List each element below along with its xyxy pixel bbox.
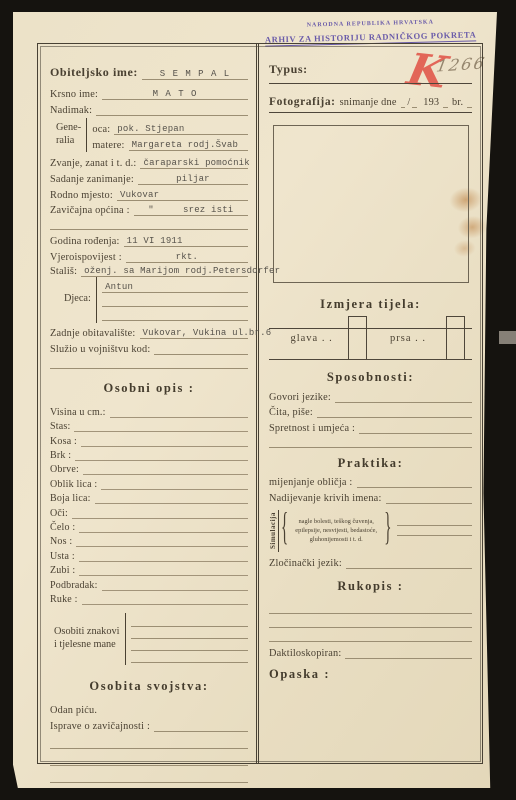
pd-line <box>95 503 248 504</box>
field-father: oca: pok. Stjepan <box>92 120 248 136</box>
special-marks-row <box>131 639 248 651</box>
pd-line <box>102 590 248 591</box>
pd-row-build: Stas: <box>50 418 248 432</box>
simulation-close-brace: } <box>382 508 393 552</box>
languages-line <box>335 402 472 403</box>
pd-row-hair: Kosa : <box>50 432 248 446</box>
skills-label: Spretnost i umjeća : <box>269 423 359 434</box>
given-name-value: M A T O <box>153 89 198 99</box>
sim-line <box>397 535 472 536</box>
field-false-names: Nadijevanje krivih imena: <box>269 488 472 504</box>
field-appearance-change: mijenjanje obličja : <box>269 473 472 489</box>
photo-frame <box>273 125 469 283</box>
mother-value: Margareta rodj.Švab <box>132 140 238 150</box>
field-reads-writes: Čita, piše: <box>269 403 472 419</box>
spacer-line <box>50 766 248 783</box>
simulation-vertical-label: Simulacija <box>269 510 279 552</box>
pd-row-face-color: Boja lica: <box>50 490 248 504</box>
simulation-open-brace: { <box>279 508 290 552</box>
religion-line: rkt. <box>126 251 248 263</box>
photographed-document: { "stamp": { "line1": "NARODNA REPUBLIKA… <box>0 0 516 800</box>
special-marks-rows <box>131 615 248 663</box>
pd-line <box>79 561 248 562</box>
pd-row-nose: Nos : <box>50 533 248 547</box>
field-given-name: Krsno ime: M A T O <box>50 80 248 100</box>
pd-row-moustache: Brk : <box>50 447 248 461</box>
paper-sheet: NARODNA REPUBLIKA HRVATSKA ARHIV ZA HIST… <box>13 12 497 788</box>
last-residence-label: Zadnje obitavalište: <box>50 328 140 339</box>
sim-line <box>397 525 472 526</box>
mother-label: matere: <box>92 140 128 151</box>
special-marks-row <box>131 651 248 663</box>
generalia-bracket <box>86 118 87 152</box>
criminal-language-label: Zločinački jezik: <box>269 558 346 569</box>
pd-label: Ruke : <box>50 594 82 605</box>
photograph-year: 193 <box>417 97 443 108</box>
body-measure-table: glava . . prsa . . <box>269 316 472 360</box>
pd-line <box>76 546 248 547</box>
generalia-rows: oca: pok. Stjepan matere: Margareta rodj… <box>92 120 248 151</box>
family-name-label: Obiteljsko ime: <box>50 65 142 80</box>
child-row <box>102 293 248 307</box>
birthplace-line: Vukovar <box>117 189 248 201</box>
field-languages: Govori jezike: <box>269 387 472 403</box>
stamp-line1: NARODNA REPUBLIKA HRVATSKA <box>258 18 483 29</box>
given-name-label: Krsno ime: <box>50 89 102 100</box>
praktika-heading: Praktika: <box>269 456 472 471</box>
given-name-line: M A T O <box>102 88 248 100</box>
fingerprinted-line <box>345 658 472 659</box>
appearance-change-label: mijenjanje obličja : <box>269 477 357 488</box>
typus-label: Typus: <box>269 62 312 77</box>
pd-label: Čelo : <box>50 522 79 533</box>
measure-cell-head: glava . . <box>277 333 346 344</box>
child-value: Antun <box>105 282 133 292</box>
marital-status-value: oženj. sa Marijom rodj.Petersdorfer <box>84 266 280 276</box>
special-marks-row <box>131 627 248 639</box>
children-block: Djeca: Antun <box>50 277 248 323</box>
children-bracket <box>96 277 97 323</box>
pd-line <box>72 518 248 519</box>
current-occupation-line: piljar <box>138 173 248 185</box>
field-fingerprinted: Daktiloskopiran: <box>269 644 472 660</box>
field-military-service: Služio u vojništvu kod: <box>50 339 248 355</box>
pd-line <box>110 417 248 418</box>
handwriting-heading: Rukopis : <box>269 579 472 594</box>
pd-row-forehead: Čelo : <box>50 519 248 533</box>
father-label: oca: <box>92 124 114 135</box>
special-marks-line1: Osobiti znakovi <box>54 626 120 639</box>
pd-label: Oblik lica : <box>50 479 101 490</box>
child-row: Antun <box>102 279 248 293</box>
right-column: Typus: Fotografija: snimanje dne / 193 b… <box>259 44 482 763</box>
fingerprinted-label: Daktiloskopiran: <box>269 648 345 659</box>
pd-row-face-shape: Oblik lica : <box>50 475 248 489</box>
special-marks-line2: i tjelesne mane <box>54 639 120 652</box>
field-birth-year: Godina rođenja: 11 VI 1911 <box>50 230 248 247</box>
pd-row-teeth: Zubi : <box>50 562 248 576</box>
family-name-line: S E M P A L <box>142 68 248 80</box>
pd-label: Podbradak: <box>50 580 102 591</box>
profession-line: čaraparski pomoćnik <box>140 157 248 169</box>
personal-description-rows: Visina u cm.: Stas: Kosa : Brk : Obrve: … <box>50 404 248 605</box>
pd-label: Visina u cm.: <box>50 407 110 418</box>
home-municipality-value: srez isti <box>183 205 233 215</box>
simulation-lines <box>393 525 472 536</box>
photograph-br: br. <box>448 97 467 108</box>
remark-heading: Opaska : <box>269 667 472 682</box>
pd-label: Boja lica: <box>50 493 95 504</box>
pd-row-height: Visina u cm.: <box>50 404 248 418</box>
pd-label: Oči: <box>50 508 72 519</box>
spacer-line <box>269 434 472 448</box>
pd-row-eyes: Oči: <box>50 504 248 518</box>
criminal-language-line <box>346 568 472 569</box>
field-profession: Zvanje, zanat i t. d.: čaraparski pomoćn… <box>50 152 248 169</box>
pd-line <box>101 489 248 490</box>
birthplace-value: Vukovar <box>120 190 159 200</box>
profession-label: Zvanje, zanat i t. d.: <box>50 158 140 169</box>
photograph-sep: / <box>405 97 412 108</box>
pd-row-eyebrows: Obrve: <box>50 461 248 475</box>
personal-description-heading: Osobni opis : <box>50 381 248 396</box>
child-line <box>102 306 248 307</box>
child-line <box>102 320 248 321</box>
pd-row-hands: Ruke : <box>50 591 248 605</box>
spacer-line <box>50 749 248 766</box>
pd-line <box>83 474 248 475</box>
field-photograph: Fotografija: snimanje dne / 193 br. <box>269 88 472 108</box>
pd-line <box>82 604 248 605</box>
religion-label: Vjeroispovijest : <box>50 252 126 263</box>
birth-year-line: 11 VI 1911 <box>124 235 248 247</box>
child-line: Antun <box>102 281 248 293</box>
pd-label: Kosa : <box>50 436 81 447</box>
appearance-change-line <box>357 487 473 488</box>
field-drinking: Odan piću. <box>50 700 248 716</box>
spacer-line <box>50 355 248 369</box>
mother-line: Margareta rodj.Švab <box>129 139 248 151</box>
children-label: Djeca: <box>50 293 96 306</box>
handwriting-line <box>269 614 472 628</box>
last-residence-line: Vukovar, Vukina ul.br.6 <box>140 327 249 339</box>
field-last-residence: Zadnje obitavalište: Vukovar, Vukina ul.… <box>50 323 248 339</box>
military-service-label: Služio u vojništvu kod: <box>50 344 154 355</box>
special-marks-bracket <box>125 613 126 665</box>
home-municipality-label: Zavičajna općina : <box>50 205 134 216</box>
field-criminal-language: Zločinački jezik: <box>269 553 472 569</box>
background-clip <box>499 331 516 344</box>
field-nickname: Nadimak: <box>50 100 248 116</box>
generalia-label-line2: ralia <box>56 135 81 148</box>
body-measure-heading: Izmjera tijela: <box>269 297 472 312</box>
pd-row-mouth: Usta : <box>50 547 248 561</box>
spacer-line <box>50 216 248 230</box>
sm-line <box>131 638 248 639</box>
pd-label: Stas: <box>50 421 74 432</box>
birth-year-value: 11 VI 1911 <box>127 236 183 246</box>
left-column: Obiteljsko ime: S E M P A L Krsno ime: M… <box>38 44 256 763</box>
handwriting-line <box>269 628 472 642</box>
marital-status-line: oženj. sa Marijom rodj.Petersdorfer <box>81 265 248 277</box>
special-marks-block: Osobiti znakovi i tjelesne mane <box>50 613 248 665</box>
field-typus: Typus: <box>269 57 472 77</box>
field-home-municipality: Zavičajna općina : " srez isti <box>50 201 248 217</box>
nickname-label: Nadimak: <box>50 105 96 116</box>
abilities-heading: Sposobnosti: <box>269 370 472 385</box>
pd-label: Nos : <box>50 536 76 547</box>
sm-line <box>131 650 248 651</box>
sm-line <box>131 626 248 627</box>
field-current-occupation: Sadanje zanimanje: piljar <box>50 169 248 185</box>
sm-line <box>131 662 248 663</box>
generalia-label-line1: Gene- <box>56 122 81 135</box>
simulation-text: nagle bolesti, teškog čuvenja, epilepsij… <box>290 517 382 545</box>
form-box: Obiteljsko ime: S E M P A L Krsno ime: M… <box>37 43 483 764</box>
pd-label: Usta : <box>50 551 79 562</box>
typus-rule <box>269 83 472 84</box>
photograph-rule <box>269 112 472 113</box>
generalia-block: Gene- ralia oca: pok. Stjepan matere: Ma… <box>50 118 248 152</box>
field-family-name: Obiteljsko ime: S E M P A L <box>50 56 248 80</box>
birthplace-label: Rodno mjesto: <box>50 190 117 201</box>
generalia-label: Gene- ralia <box>56 122 86 148</box>
pd-line <box>79 575 248 576</box>
current-occupation-value: piljar <box>176 174 210 184</box>
father-line: pok. Stjepan <box>114 123 248 135</box>
special-traits-heading: Osobita svojstva: <box>50 679 248 694</box>
field-marital-status: Stališ: oženj. sa Marijom rodj.Petersdor… <box>50 263 248 277</box>
birth-year-label: Godina rođenja: <box>50 236 124 247</box>
last-residence-value: Vukovar, Vukina ul.br.6 <box>143 328 272 338</box>
nickname-line <box>96 115 248 116</box>
profession-value: čaraparski pomoćnik <box>143 158 249 168</box>
measure-tab-1 <box>348 316 367 359</box>
skills-line <box>359 433 472 434</box>
special-marks-row <box>131 615 248 627</box>
pd-label: Obrve: <box>50 464 83 475</box>
photograph-label: Fotografija: <box>269 96 340 108</box>
pd-line <box>75 460 248 461</box>
pd-line <box>81 446 248 447</box>
children-rows: Antun <box>102 279 248 321</box>
marital-status-label: Stališ: <box>50 266 81 277</box>
false-names-label: Nadijevanje krivih imena: <box>269 493 386 504</box>
measure-tab-2 <box>446 316 465 359</box>
pd-label: Zubi : <box>50 565 79 576</box>
false-names-line <box>386 503 472 504</box>
field-birthplace: Rodno mjesto: Vukovar <box>50 185 248 201</box>
simulation-block: Simulacija { nagle bolesti, teškog čuven… <box>269 509 472 553</box>
child-row <box>102 307 248 321</box>
photograph-text: snimanje dne <box>340 97 401 108</box>
home-municipality-line: " srez isti <box>134 205 248 216</box>
reads-writes-label: Čita, piše: <box>269 407 317 418</box>
domicile-papers-line <box>154 731 248 732</box>
domicile-papers-label: Isprave o zavičajnosti : <box>50 721 154 732</box>
spacer-line <box>50 732 248 749</box>
religion-value: rkt. <box>176 252 198 262</box>
handwriting-line <box>269 600 472 614</box>
pd-label: Brk : <box>50 450 75 461</box>
measure-cell-chest: prsa . . <box>375 333 442 344</box>
reads-writes-line <box>317 417 472 418</box>
field-skills: Spretnost i umjeća : <box>269 418 472 434</box>
field-domicile-papers: Isprave o zavičajnosti : <box>50 716 248 732</box>
family-name-value: S E M P A L <box>160 69 230 79</box>
current-occupation-label: Sadanje zanimanje: <box>50 174 138 185</box>
photo-number-line <box>467 107 472 108</box>
measure-topline <box>269 328 472 329</box>
field-mother: matere: Margareta rodj.Švab <box>92 135 248 151</box>
pd-line <box>79 532 248 533</box>
pd-row-chin: Podbradak: <box>50 576 248 590</box>
drinking-label: Odan piću. <box>50 705 101 716</box>
special-marks-label: Osobiti znakovi i tjelesne mane <box>54 626 125 652</box>
home-municipality-ditto: " <box>148 205 154 215</box>
languages-label: Govori jezike: <box>269 392 335 403</box>
father-value: pok. Stjepan <box>117 124 184 134</box>
military-service-line <box>154 354 248 355</box>
pd-line <box>74 431 248 432</box>
field-religion: Vjeroispovijest : rkt. <box>50 247 248 263</box>
